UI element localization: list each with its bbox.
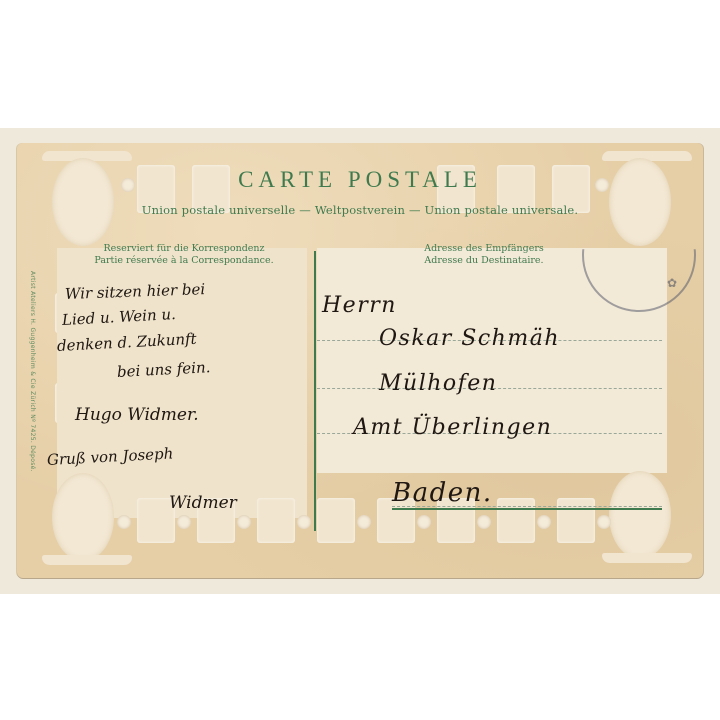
message-signature: Widmer <box>169 493 237 513</box>
address-label: Adresse des Empfängers Adresse du Destin… <box>389 243 579 267</box>
card-title: CARTE POSTALE <box>17 167 703 193</box>
correspondence-label-de: Reserviert für die Korrespondenz <box>59 243 309 255</box>
embossed-stamp <box>497 498 535 543</box>
embossed-dot <box>117 515 131 529</box>
correspondence-label-fr: Partie réservée à la Correspondance. <box>59 255 309 267</box>
address-town: Mülhofen <box>379 371 497 396</box>
card-subtitle: Union postale universelle — Weltpostvere… <box>17 203 703 217</box>
divider-line <box>314 251 316 531</box>
embossed-dot <box>237 515 251 529</box>
address-region: Baden. <box>392 478 493 508</box>
emboss-arc <box>602 553 692 563</box>
address-underline <box>392 508 662 510</box>
postmark-flower-icon: ✿ <box>667 276 677 290</box>
address-label-fr: Adresse du Destinataire. <box>389 255 579 267</box>
embossed-portrait-oval <box>609 471 671 559</box>
embossed-dot <box>537 515 551 529</box>
embossed-dot <box>177 515 191 529</box>
message-signature: Hugo Widmer. <box>75 405 199 425</box>
correspondence-label: Reserviert für die Korrespondenz Partie … <box>59 243 309 267</box>
embossed-dot <box>357 515 371 529</box>
embossed-stamp <box>317 498 355 543</box>
address-district: Amt Überlingen <box>353 415 552 440</box>
postcard: CARTE POSTALE Union postale universelle … <box>17 143 703 578</box>
embossed-portrait-oval <box>52 473 114 561</box>
address-label-de: Adresse des Empfängers <box>389 243 579 255</box>
embossed-stamp <box>257 498 295 543</box>
embossed-stamp <box>557 498 595 543</box>
publisher-imprint: Artist Ateliers H. Guggenheim & Cie Züri… <box>29 271 36 472</box>
embossed-dot <box>597 515 611 529</box>
address-name: Oskar Schmäh <box>379 326 560 351</box>
emboss-arc <box>42 555 132 565</box>
embossed-dot <box>417 515 431 529</box>
embossed-dot <box>297 515 311 529</box>
embossed-dot <box>477 515 491 529</box>
address-salutation: Herrn <box>322 293 397 318</box>
